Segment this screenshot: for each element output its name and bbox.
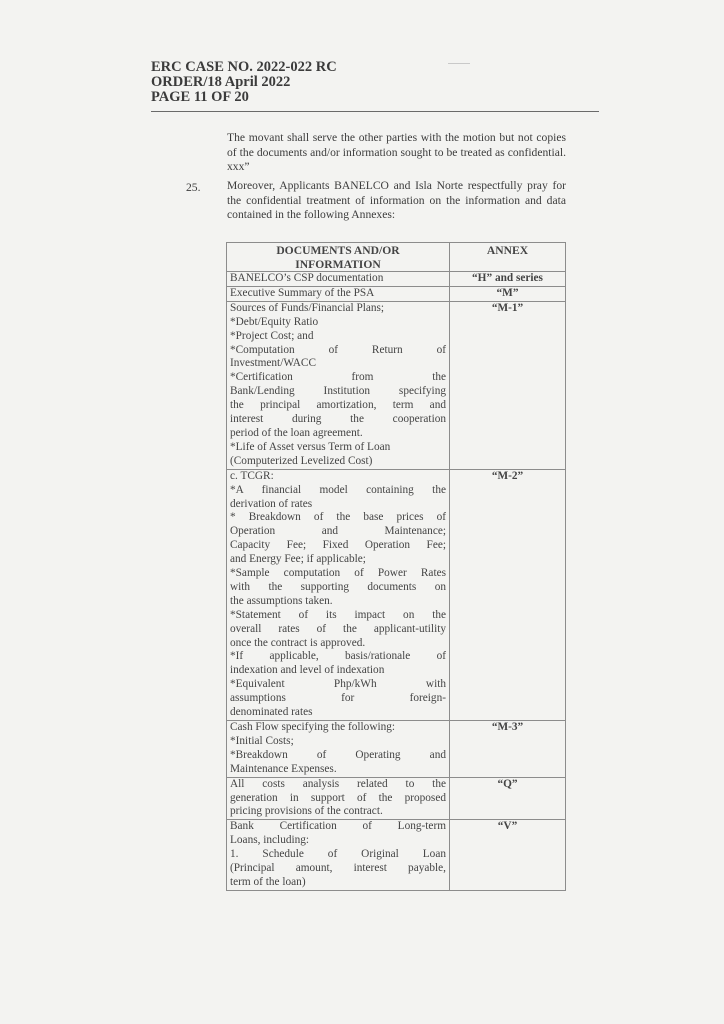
document-header: ERC CASE NO. 2022-022 RC ORDER/18 April …	[151, 60, 598, 105]
table-body: BANELCO’s CSP documentation“H” and serie…	[227, 272, 566, 891]
document-line: *Debt/Equity Ratio	[230, 316, 446, 330]
document-line: generation in support of the proposed	[230, 792, 446, 806]
annex-cell: “M”	[450, 286, 566, 301]
column-header-annex: ANNEX	[450, 243, 566, 272]
case-number: ERC CASE NO. 2022-022 RC	[151, 60, 598, 75]
document-line: c. TCGR:	[230, 470, 446, 484]
document-line: *Breakdown of Operating and	[230, 749, 446, 763]
document-line: pricing provisions of the contract.	[230, 805, 446, 819]
document-cell: Cash Flow specifying the following:*Init…	[227, 721, 450, 778]
paragraph-25: Moreover, Applicants BANELCO and Isla No…	[227, 179, 566, 223]
document-line: 1. Schedule of Original Loan	[230, 848, 446, 862]
document-line: Maintenance Expenses.	[230, 763, 446, 777]
annex-cell: “H” and series	[450, 272, 566, 287]
document-line: (Computerized Levelized Cost)	[230, 455, 446, 469]
document-cell: Bank Certification of Long-termLoans, in…	[227, 820, 450, 891]
document-line: the assumptions taken.	[230, 595, 446, 609]
document-line: Executive Summary of the PSA	[230, 287, 446, 301]
document-line: *A financial model containing the	[230, 484, 446, 498]
document-line: *Certification from the	[230, 371, 446, 385]
table-row: Sources of Funds/Financial Plans;*Debt/E…	[227, 301, 566, 469]
document-cell: BANELCO’s CSP documentation	[227, 272, 450, 287]
order-date: ORDER/18 April 2022	[151, 75, 598, 90]
document-line: derivation of rates	[230, 498, 446, 512]
document-line: Investment/WACC	[230, 357, 446, 371]
document-cell: Sources of Funds/Financial Plans;*Debt/E…	[227, 301, 450, 469]
column-header-documents: DOCUMENTS AND/OR INFORMATION	[227, 243, 450, 272]
document-line: Cash Flow specifying the following:	[230, 721, 446, 735]
document-line: *Project Cost; and	[230, 330, 446, 344]
document-line: indexation and level of indexation	[230, 664, 446, 678]
document-line: and Energy Fee; if applicable;	[230, 553, 446, 567]
table-row: All costs analysis related to thegenerat…	[227, 777, 566, 820]
table-row: Cash Flow specifying the following:*Init…	[227, 721, 566, 778]
document-line: *If applicable, basis/rationale of	[230, 650, 446, 664]
table-row: BANELCO’s CSP documentation“H” and serie…	[227, 272, 566, 287]
quote-paragraph: The movant shall serve the other parties…	[227, 131, 566, 175]
document-line: period of the loan agreement.	[230, 427, 446, 441]
document-line: *Initial Costs;	[230, 735, 446, 749]
document-line: Sources of Funds/Financial Plans;	[230, 302, 446, 316]
annex-cell: “V”	[450, 820, 566, 891]
document-line: Bank Certification of Long-term	[230, 820, 446, 834]
document-line: All costs analysis related to the	[230, 778, 446, 792]
document-line: Capacity Fee; Fixed Operation Fee;	[230, 539, 446, 553]
page-number: PAGE 11 OF 20	[151, 90, 598, 105]
table-row: Bank Certification of Long-termLoans, in…	[227, 820, 566, 891]
table-header-row: DOCUMENTS AND/OR INFORMATION ANNEX	[227, 243, 566, 272]
paragraph-number: 25.	[186, 181, 201, 196]
document-line: *Equivalent Php/kWh with	[230, 678, 446, 692]
document-page: ERC CASE NO. 2022-022 RC ORDER/18 April …	[0, 0, 724, 1024]
document-line: assumptions for foreign-	[230, 692, 446, 706]
document-line: *Life of Asset versus Term of Loan	[230, 441, 446, 455]
annex-cell: “M-3”	[450, 721, 566, 778]
document-line: Operation and Maintenance;	[230, 525, 446, 539]
document-line: Loans, including:	[230, 834, 446, 848]
document-line: Bank/Lending Institution specifying	[230, 385, 446, 399]
document-line: (Principal amount, interest payable,	[230, 862, 446, 876]
table-row: Executive Summary of the PSA“M”	[227, 286, 566, 301]
document-cell: Executive Summary of the PSA	[227, 286, 450, 301]
document-line: *Computation of Return of	[230, 344, 446, 358]
header-rule	[151, 111, 599, 112]
document-line: *Statement of its impact on the	[230, 609, 446, 623]
annex-cell: “M-2”	[450, 469, 566, 720]
document-line: once the contract is approved.	[230, 637, 446, 651]
annex-cell: “Q”	[450, 777, 566, 820]
document-line: term of the loan)	[230, 876, 446, 890]
table-row: c. TCGR:*A financial model containing th…	[227, 469, 566, 720]
document-line: * Breakdown of the base prices of	[230, 511, 446, 525]
scan-artifact	[448, 63, 470, 64]
document-line: interest during the cooperation	[230, 413, 446, 427]
document-line: *Sample computation of Power Rates	[230, 567, 446, 581]
document-cell: All costs analysis related to thegenerat…	[227, 777, 450, 820]
document-line: BANELCO’s CSP documentation	[230, 272, 446, 286]
document-line: overall rates of the applicant-utility	[230, 623, 446, 637]
annex-table: DOCUMENTS AND/OR INFORMATION ANNEX BANEL…	[226, 242, 566, 891]
document-cell: c. TCGR:*A financial model containing th…	[227, 469, 450, 720]
document-line: denominated rates	[230, 706, 446, 720]
document-line: with the supporting documents on	[230, 581, 446, 595]
annex-cell: “M-1”	[450, 301, 566, 469]
document-line: the principal amortization, term and	[230, 399, 446, 413]
